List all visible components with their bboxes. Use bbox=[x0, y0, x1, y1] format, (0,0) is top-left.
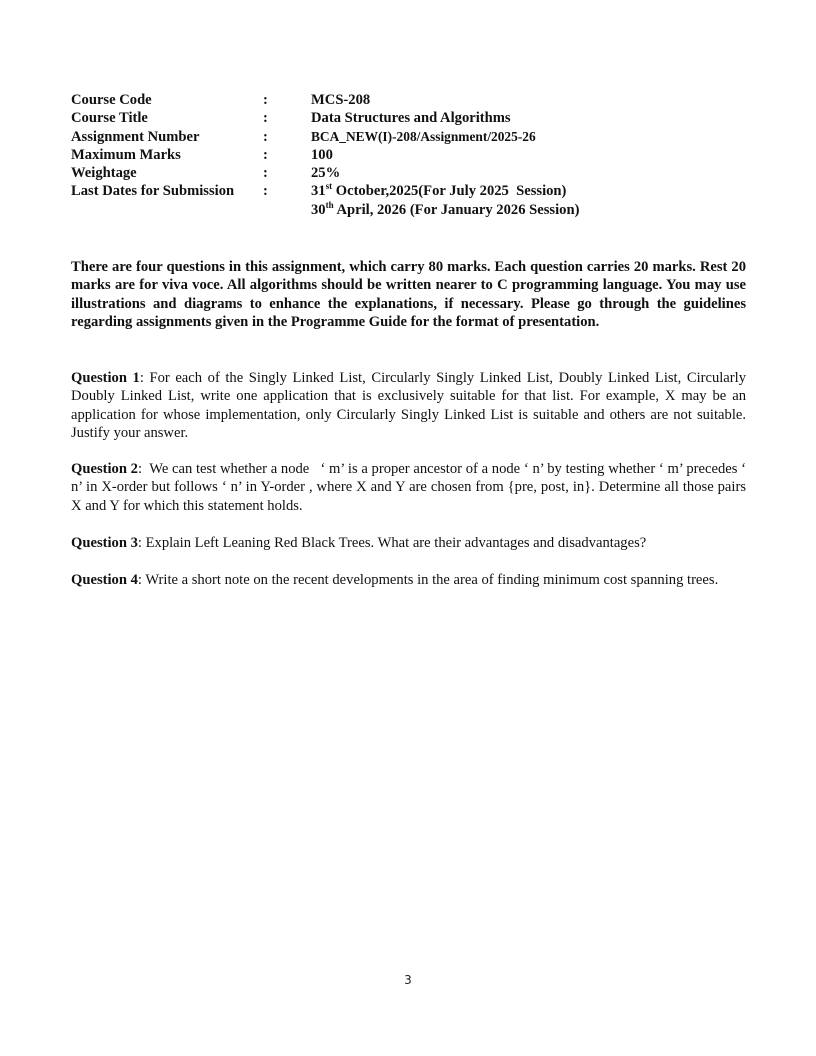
date-day: 30 bbox=[311, 202, 326, 218]
meta-colon: : bbox=[263, 182, 311, 200]
date-rest: April, 2026 (For January 2026 Session) bbox=[334, 202, 580, 218]
date-rest: October,2025(For July 2025 Session) bbox=[332, 183, 566, 199]
maximum-marks-row: Maximum Marks : 100 bbox=[71, 146, 579, 164]
meta-label: Last Dates for Submission bbox=[71, 182, 263, 200]
assignment-number-value: BCA_NEW(I)-208/Assignment/2025-26 bbox=[311, 128, 536, 146]
document-page: Course Code : MCS-208 Course Title : Dat… bbox=[0, 0, 816, 1056]
question-1: Question 1: For each of the Singly Linke… bbox=[71, 369, 746, 442]
maximum-marks-value: 100 bbox=[311, 146, 333, 164]
question-text: : For each of the Singly Linked List, Ci… bbox=[71, 370, 746, 441]
date-suffix: th bbox=[326, 200, 334, 210]
weightage-row: Weightage : 25% bbox=[71, 164, 579, 182]
course-code-value: MCS-208 bbox=[311, 91, 370, 109]
question-text: : We can test whether a node ‘ m’ is a p… bbox=[71, 461, 750, 514]
meta-colon: : bbox=[263, 164, 311, 182]
meta-colon: : bbox=[263, 91, 311, 109]
meta-label: Course Title bbox=[71, 109, 263, 127]
question-label: Question 2 bbox=[71, 461, 138, 477]
meta-label bbox=[71, 201, 263, 219]
meta-colon: : bbox=[263, 128, 311, 146]
question-label: Question 1 bbox=[71, 370, 140, 386]
meta-label: Maximum Marks bbox=[71, 146, 263, 164]
question-2: Question 2: We can test whether a node ‘… bbox=[71, 460, 746, 515]
page-number: 3 bbox=[0, 973, 816, 987]
question-label: Question 4 bbox=[71, 572, 138, 588]
course-title-value: Data Structures and Algorithms bbox=[311, 109, 511, 127]
assignment-header: Course Code : MCS-208 Course Title : Dat… bbox=[71, 91, 579, 219]
instructions-paragraph: There are four questions in this assignm… bbox=[71, 258, 746, 331]
submission-date-row-2: 30th April, 2026 (For January 2026 Sessi… bbox=[71, 201, 579, 219]
question-3: Question 3: Explain Left Leaning Red Bla… bbox=[71, 534, 746, 552]
assignment-number-row: Assignment Number : BCA_NEW(I)-208/Assig… bbox=[71, 128, 579, 146]
question-label: Question 3 bbox=[71, 535, 138, 551]
january-session-date: 30th April, 2026 (For January 2026 Sessi… bbox=[311, 201, 579, 219]
question-4: Question 4: Write a short note on the re… bbox=[71, 571, 746, 589]
meta-colon: : bbox=[263, 146, 311, 164]
meta-colon bbox=[263, 201, 311, 219]
meta-label: Weightage bbox=[71, 164, 263, 182]
course-title-row: Course Title : Data Structures and Algor… bbox=[71, 109, 579, 127]
weightage-value: 25% bbox=[311, 164, 340, 182]
july-session-date: 31st October,2025(For July 2025 Session) bbox=[311, 182, 566, 200]
date-day: 31 bbox=[311, 183, 326, 199]
meta-colon: : bbox=[263, 109, 311, 127]
meta-label: Assignment Number bbox=[71, 128, 263, 146]
course-code-row: Course Code : MCS-208 bbox=[71, 91, 579, 109]
question-text: : Write a short note on the recent devel… bbox=[138, 572, 718, 588]
submission-date-row: Last Dates for Submission : 31st October… bbox=[71, 182, 579, 200]
question-text: : Explain Left Leaning Red Black Trees. … bbox=[138, 535, 646, 551]
meta-label: Course Code bbox=[71, 91, 263, 109]
